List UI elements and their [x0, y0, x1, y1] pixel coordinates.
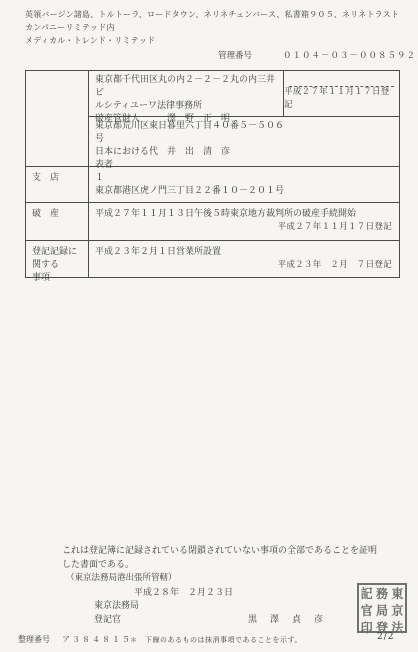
registrar-name: 黒 澤 貞 彦 — [248, 612, 325, 625]
representative-address-line1: 東京都荒川区東日暮里六丁目４０番５－５０６ — [95, 120, 394, 133]
record-matters-cell: 平成２３年２月１日営業所設置 平成２３年 ２月 ７日登記 — [89, 241, 399, 277]
record-matters-label-line1: 登記記録に関する — [32, 246, 83, 272]
bankruptcy-text: 平成２７年１１月１３日午後５時東京地方裁判所の破産手続開始 — [95, 208, 394, 221]
company-name: メディカル・トレンド・リミテッド — [25, 34, 399, 47]
certification-date: 平成２８年 ２月２３日 — [134, 585, 233, 598]
control-number-label: 管理番号 — [218, 49, 252, 61]
record-matters-label-line2: 事項 — [32, 272, 83, 285]
branch-cell: １ 東京都港区虎ノ門三丁目２２番１０－２０１号 — [89, 167, 399, 203]
certification-line2: した書面である。 — [62, 557, 134, 570]
branch-label-cell: 支 店 — [26, 167, 89, 203]
seal-glyph: 官 — [359, 602, 374, 620]
registrar-seal-icon: 記 務 東 官 局 京 印 登 法 — [357, 583, 407, 633]
trustee-registration-cell: 平成２７年１１月１７日登記 — [284, 71, 399, 117]
certification-jurisdiction: （東京法務局港出張所管轄） — [66, 571, 177, 583]
bankruptcy-registration-date: 平成２７年１１月１７日登記 — [95, 221, 394, 234]
seal-glyph: 京 — [390, 602, 405, 620]
company-header: 英領バージン諸島、トルトーラ、ロードタウン、ネリネチェンバース、私書箱９０５、ネ… — [25, 8, 399, 47]
company-address-line1: 英領バージン諸島、トルトーラ、ロードタウン、ネリネチェンバース、私書箱９０５、ネ… — [25, 8, 399, 21]
branch-number: １ — [95, 172, 394, 185]
issuing-office: 東京法務局 — [94, 598, 139, 611]
representative-address-line2: 号 — [95, 133, 394, 146]
branch-address: 東京都港区虎ノ門三丁目２２番１０－２０１号 — [95, 185, 394, 198]
underline-note: ＊ 下線のあるものは抹消事項であることを示す。 — [130, 635, 302, 645]
record-matters-registration-date: 平成２３年 ２月 ７日登記 — [95, 259, 394, 272]
registrar-title: 登記官 — [94, 612, 121, 625]
page-indicator: 2/2 — [377, 632, 394, 642]
seal-glyph: 東 — [390, 585, 405, 603]
bankruptcy-cell: 平成２７年１１月１３日午後５時東京地方裁判所の破産手続開始 平成２７年１１月１７… — [89, 203, 399, 241]
trustee-cell: 東京都千代田区丸の内２－２－２丸の内三井ビ ルシティユーワ法律事務所 破産管財人… — [89, 71, 284, 117]
bankruptcy-label-cell: 破 産 — [26, 203, 89, 241]
representative-cell: 東京都荒川区東日暮里六丁目４０番５－５０６ 号 日本における代 井 出 清 彦 … — [89, 117, 399, 167]
seal-glyph: 印 — [359, 619, 374, 637]
registry-certificate-page: 英領バージン諸島、トルトーラ、ロードタウン、ネリネチェンバース、私書箱９０５、ネ… — [0, 0, 418, 652]
record-matters-label-cell: 登記記録に関する 事項 — [26, 241, 89, 277]
seal-glyph: 記 — [359, 585, 374, 603]
seal-glyph: 務 — [374, 585, 389, 603]
trustee-address-line2: ルシティユーワ法律事務所 — [95, 100, 278, 113]
trustee-registration-date: 平成２７年１１月１７日登記 — [284, 86, 396, 112]
trustee-address-line1: 東京都千代田区丸の内２－２－２丸の内三井ビ — [95, 74, 278, 100]
reference-number-value: ア３８４８１５ — [62, 634, 132, 645]
reference-number-label: 整理番号 — [18, 634, 50, 645]
representative-role-name-line1: 日本における代 井 出 清 彦 — [95, 146, 394, 159]
label-cell-empty — [26, 71, 89, 167]
record-matters-text: 平成２３年２月１日営業所設置 — [95, 246, 394, 259]
registry-table: 東京都千代田区丸の内２－２－２丸の内三井ビ ルシティユーワ法律事務所 破産管財人… — [25, 70, 400, 278]
control-number-value: ０１０４－０３－００８５９２ — [283, 49, 416, 61]
seal-glyph: 局 — [374, 602, 389, 620]
certification-line1: これは登記簿に記録されている閉鎖されていない事項の全部であることを証明 — [62, 543, 377, 556]
company-address-line2: カンパニーリミテッド内 — [25, 21, 399, 34]
